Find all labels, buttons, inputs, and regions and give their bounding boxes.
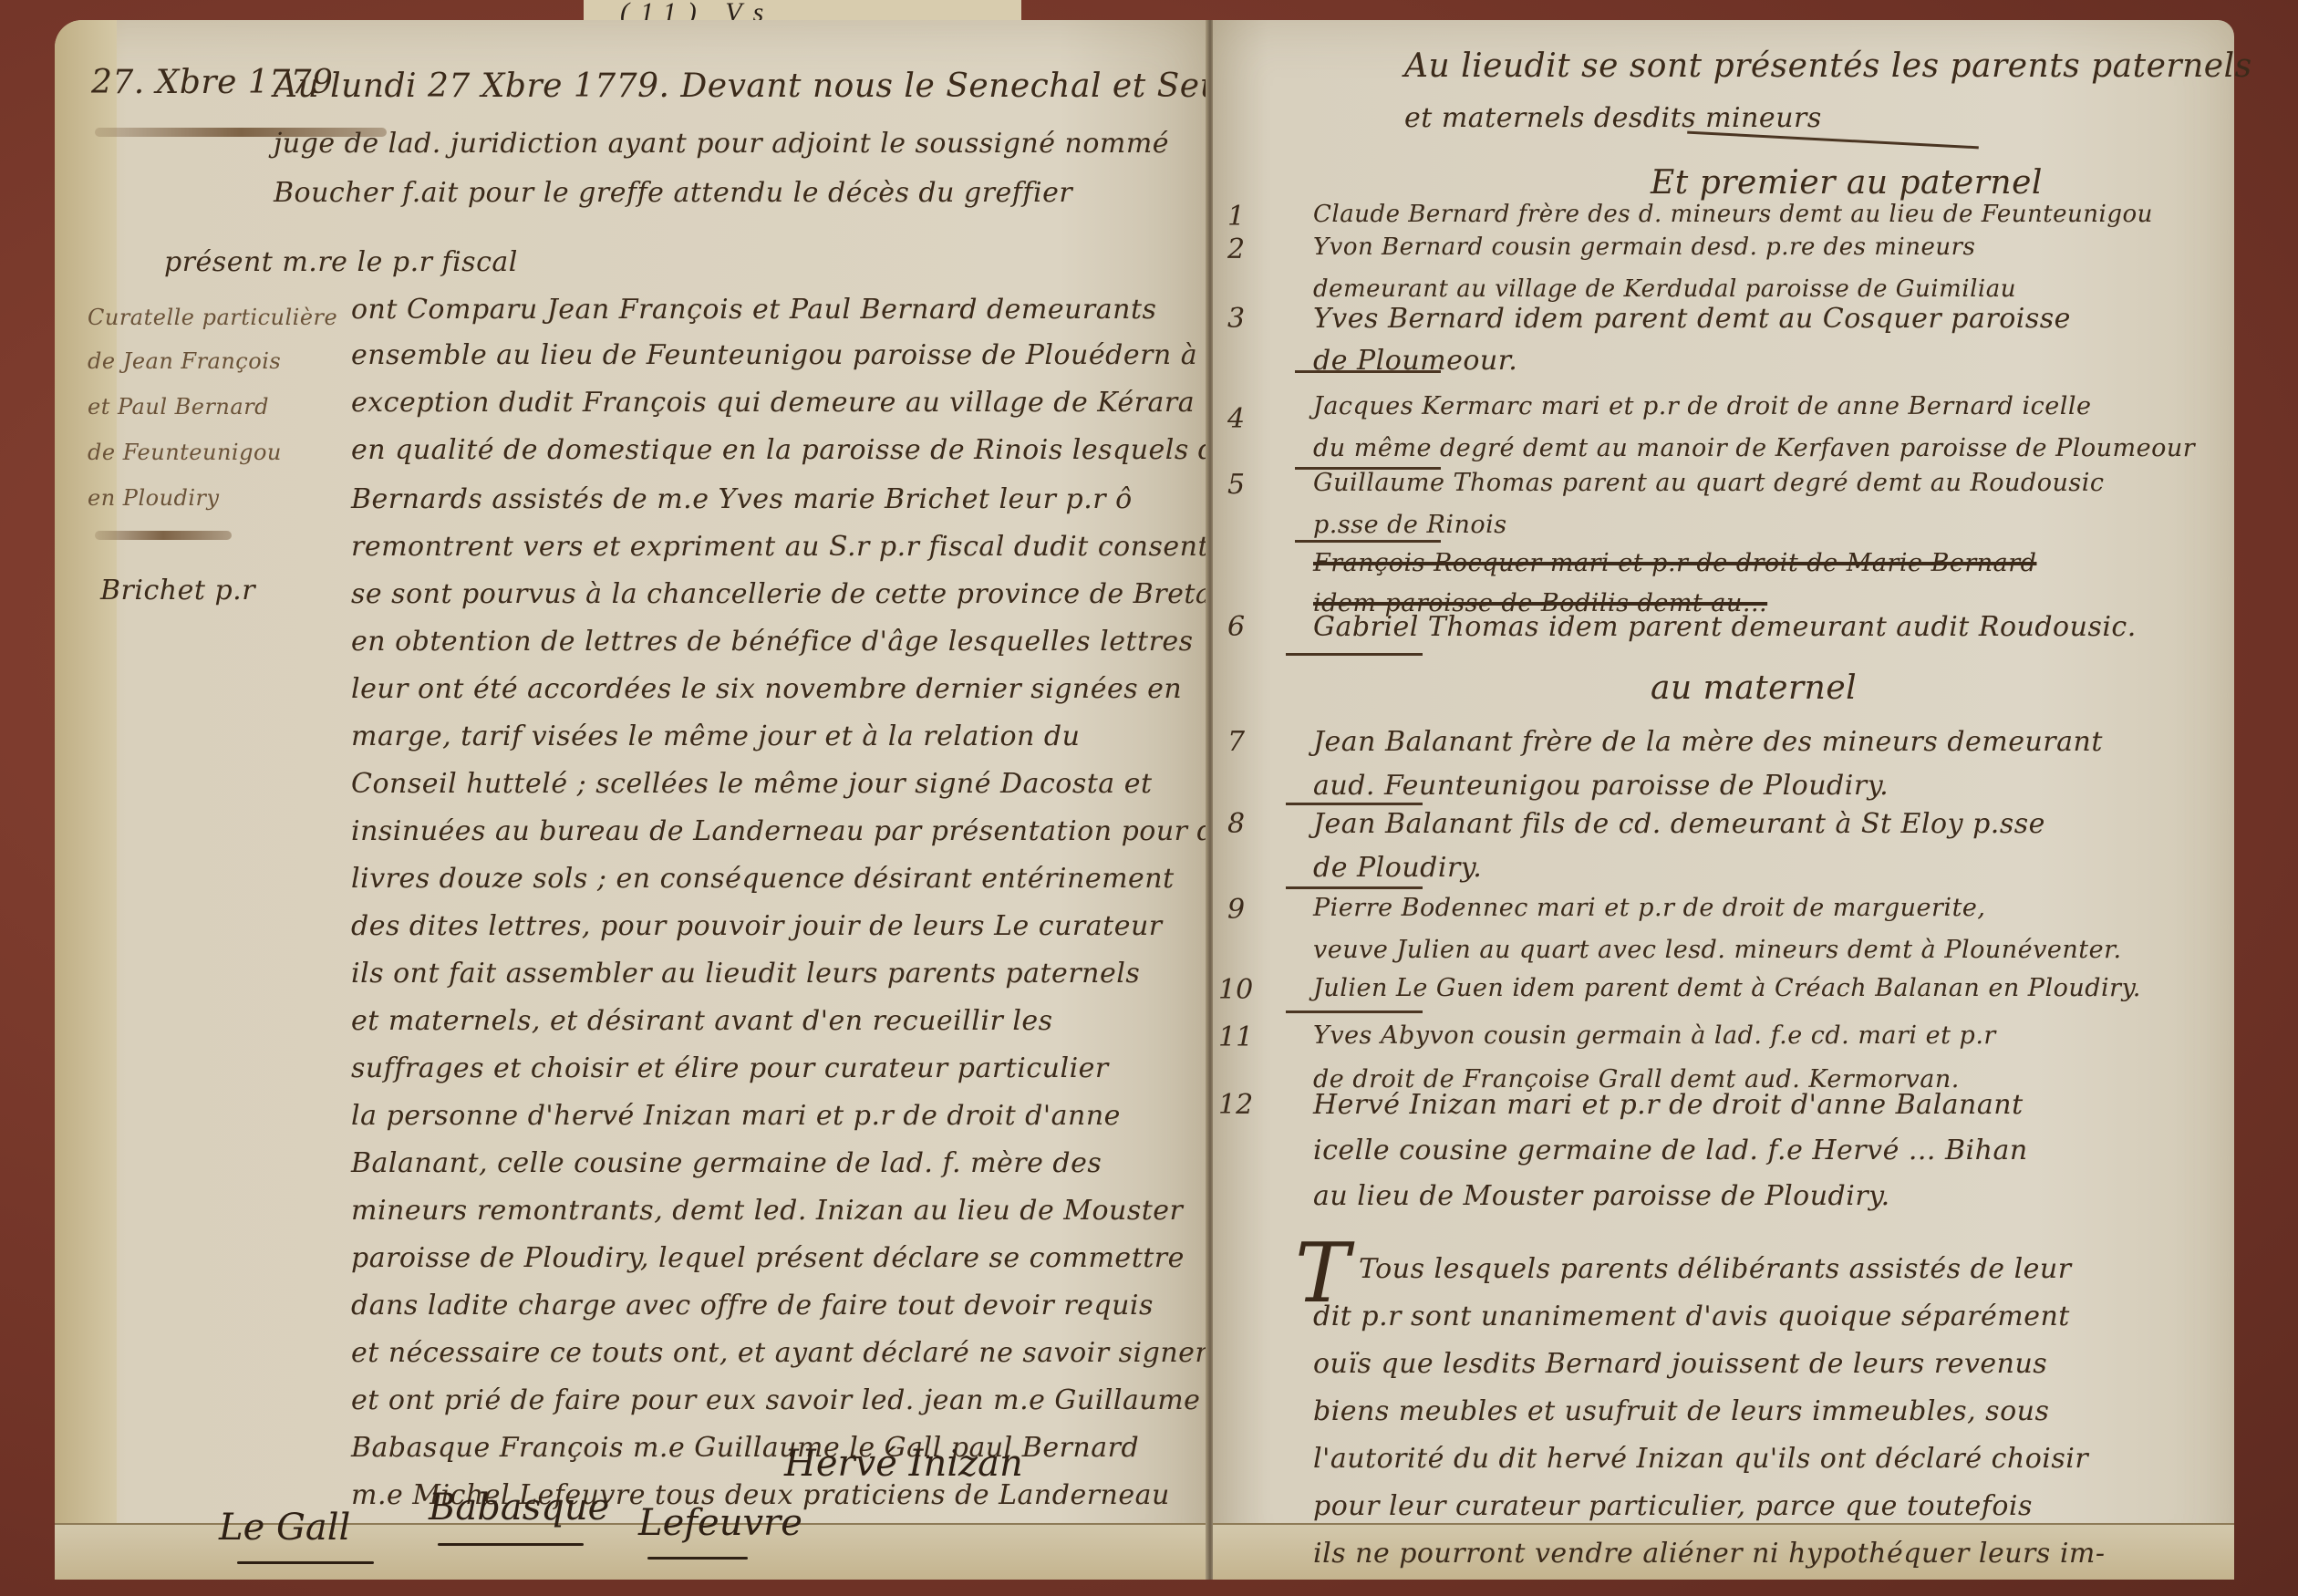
body-line: et ont prié de faire pour eux savoir led… xyxy=(351,1384,1200,1416)
intro-line: Au lieudit se sont présentés les parents… xyxy=(1404,47,2252,85)
entry-number: 8 xyxy=(1227,808,1245,840)
header-line: juge de lad. juridiction ayant pour adjo… xyxy=(274,128,1169,160)
closing-line: ouïs que lesdits Bernard jouissent de le… xyxy=(1313,1348,2047,1380)
entry-number: 6 xyxy=(1227,611,1245,643)
body-line: des dites lettres, pour pouvoir jouir de… xyxy=(351,910,1163,942)
signature-flourish xyxy=(237,1561,374,1564)
body-line: se sont pourvus à la chancellerie de cet… xyxy=(351,578,1265,610)
signature-babasque: Babasque xyxy=(429,1487,609,1529)
header-line: présent m.re le p.r fiscal xyxy=(164,246,518,278)
body-line: mineurs remontrants, demt led. Inizan au… xyxy=(351,1195,1183,1227)
entry-line: Jean Balanant fils de cd. demeurant à St… xyxy=(1313,808,2045,840)
entry-line: de Ploudiry. xyxy=(1313,852,1482,884)
entry-separator xyxy=(1286,1010,1423,1013)
entry-line: Pierre Bodennec mari et p.r de droit de … xyxy=(1313,894,1985,922)
closing-line: biens meubles et usufruit de leurs immeu… xyxy=(1313,1395,2049,1427)
entry-line: Guillaume Thomas parent au quart degré d… xyxy=(1313,469,2104,497)
body-line: en obtention de lettres de bénéfice d'âg… xyxy=(351,626,1194,658)
entry-number: 4 xyxy=(1227,403,1245,435)
intro-line: et maternels desdits mineurs xyxy=(1404,102,1822,134)
entry-line: aud. Feunteunigou paroisse de Ploudiry. xyxy=(1313,770,1889,802)
entry-separator xyxy=(1295,370,1441,373)
body-line: Bernards assistés de m.e Yves marie Bric… xyxy=(351,483,1133,515)
closing-line: Tous lesquels parents délibérants assist… xyxy=(1359,1253,2072,1285)
entry-separator xyxy=(1286,803,1423,805)
header-line: Boucher f.ait pour le greffe attendu le … xyxy=(274,177,1072,209)
entry-number: 12 xyxy=(1218,1089,1253,1121)
body-line: ils ont fait assembler au lieudit leurs … xyxy=(351,958,1140,990)
margin-note-line: Curatelle particulière xyxy=(88,305,337,330)
body-line: exception dudit François qui demeure au … xyxy=(351,387,1195,419)
margin-note-brichet: Brichet p.r xyxy=(100,575,255,606)
entry-line: p.sse de Rinois xyxy=(1313,511,1507,539)
entry-line: Yves Abyvon cousin germain à lad. f.e cd… xyxy=(1313,1021,1996,1050)
entry-line: icelle cousine germaine de lad. f.e Herv… xyxy=(1313,1135,2028,1166)
entry-line: Yvon Bernard cousin germain desd. p.re d… xyxy=(1313,233,1975,261)
entry-number: 9 xyxy=(1227,894,1245,926)
signature-flourish xyxy=(647,1557,748,1560)
entry-line: au lieu de Mouster paroisse de Ploudiry. xyxy=(1313,1180,1890,1212)
entry-line: Gabriel Thomas idem parent demeurant aud… xyxy=(1313,611,2137,643)
entry-line: Yves Bernard idem parent demt au Cosquer… xyxy=(1313,303,2071,335)
entry-line: demeurant au village de Kerdudal paroiss… xyxy=(1313,275,2016,303)
closing-line: pour leur curateur particulier, parce qu… xyxy=(1313,1490,2033,1522)
body-line: livres douze sols ; en conséquence désir… xyxy=(351,863,1175,895)
margin-note-line: en Ploudiry xyxy=(88,485,220,511)
entry-number: 7 xyxy=(1227,726,1245,758)
open-register-book: 27. Xbre 1779 Au lundi 27 Xbre 1779. Dev… xyxy=(55,20,2280,1580)
entry-line: veuve Julien au quart avec lesd. mineurs… xyxy=(1313,936,2122,964)
entry-line: Hervé Inizan mari et p.r de droit d'anne… xyxy=(1313,1089,2024,1121)
signature-le-gall: Le Gall xyxy=(219,1507,350,1549)
entry-separator xyxy=(1295,540,1441,543)
entry-number: 1 xyxy=(1227,201,1245,233)
margin-note-line: de Feunteunigou xyxy=(88,440,282,465)
header-line: Au lundi 27 Xbre 1779. Devant nous le Se… xyxy=(274,67,1232,105)
body-line: ont Comparu Jean François et Paul Bernar… xyxy=(351,294,1156,326)
margin-note-line: de Jean François xyxy=(88,348,281,374)
closing-line: dit p.r sont unanimement d'avis quoique … xyxy=(1313,1301,2070,1332)
signature-lefeuvre: Lefeuvre xyxy=(638,1502,802,1544)
body-line: Balanant, celle cousine germaine de lad.… xyxy=(351,1147,1102,1179)
right-page: Au lieudit se sont présentés les parents… xyxy=(1213,20,2234,1580)
entry-line: Claude Bernard frère des d. mineurs demt… xyxy=(1313,201,2153,228)
body-line: leur ont été accordées le six novembre d… xyxy=(351,673,1182,705)
body-line: la personne d'hervé Inizan mari et p.r d… xyxy=(351,1100,1121,1132)
body-line: Conseil huttelé ; scellées le même jour … xyxy=(351,768,1153,800)
entry-number: 2 xyxy=(1227,233,1245,265)
closing-line: l'autorité du dit hervé Inizan qu'ils on… xyxy=(1313,1443,2088,1475)
entry-number: 3 xyxy=(1227,303,1245,335)
body-line: et maternels, et désirant avant d'en rec… xyxy=(351,1005,1053,1037)
intro-underline xyxy=(1687,131,1979,150)
closing-line: ils ne pourront vendre aliéner ni hypoth… xyxy=(1313,1538,2106,1570)
entry-separator xyxy=(1286,886,1423,889)
margin-note-rule xyxy=(95,531,232,540)
body-line: insinuées au bureau de Landerneau par pr… xyxy=(351,815,1281,847)
signature-inizan: Hervé Inizan xyxy=(784,1443,1023,1485)
body-line: suffrages et choisir et élire pour curat… xyxy=(351,1052,1109,1084)
section-paternal: Et premier au paternel xyxy=(1651,164,2043,202)
body-line: ensemble au lieu de Feunteunigou paroiss… xyxy=(351,339,1224,371)
struck-entry-line: François Rocquer mari et p.r de droit de… xyxy=(1313,549,2036,577)
body-line: et nécessaire ce touts ont, et ayant déc… xyxy=(351,1337,1208,1369)
body-line: en qualité de domestique en la paroisse … xyxy=(351,434,1251,466)
entry-line: Jean Balanant frère de la mère des mineu… xyxy=(1313,726,2103,758)
entry-number: 11 xyxy=(1218,1021,1253,1053)
entry-line: Jacques Kermarc mari et p.r de droit de … xyxy=(1313,392,2091,420)
entry-separator xyxy=(1286,653,1423,656)
entry-line: Julien Le Guen idem parent demt à Créach… xyxy=(1313,974,2141,1002)
entry-number: 5 xyxy=(1227,469,1245,501)
entry-line: du même degré demt au manoir de Kerfaven… xyxy=(1313,434,2195,462)
entry-number: 10 xyxy=(1218,974,1253,1006)
body-line: paroisse de Ploudiry, lequel présent déc… xyxy=(351,1242,1185,1274)
signature-flourish xyxy=(438,1543,584,1546)
body-line: marge, tarif visées le même jour et à la… xyxy=(351,720,1080,752)
section-maternal: au maternel xyxy=(1651,669,1857,707)
body-line: dans ladite charge avec offre de faire t… xyxy=(351,1290,1154,1321)
left-page: 27. Xbre 1779 Au lundi 27 Xbre 1779. Dev… xyxy=(55,20,1206,1580)
margin-note-line: et Paul Bernard xyxy=(88,394,269,420)
